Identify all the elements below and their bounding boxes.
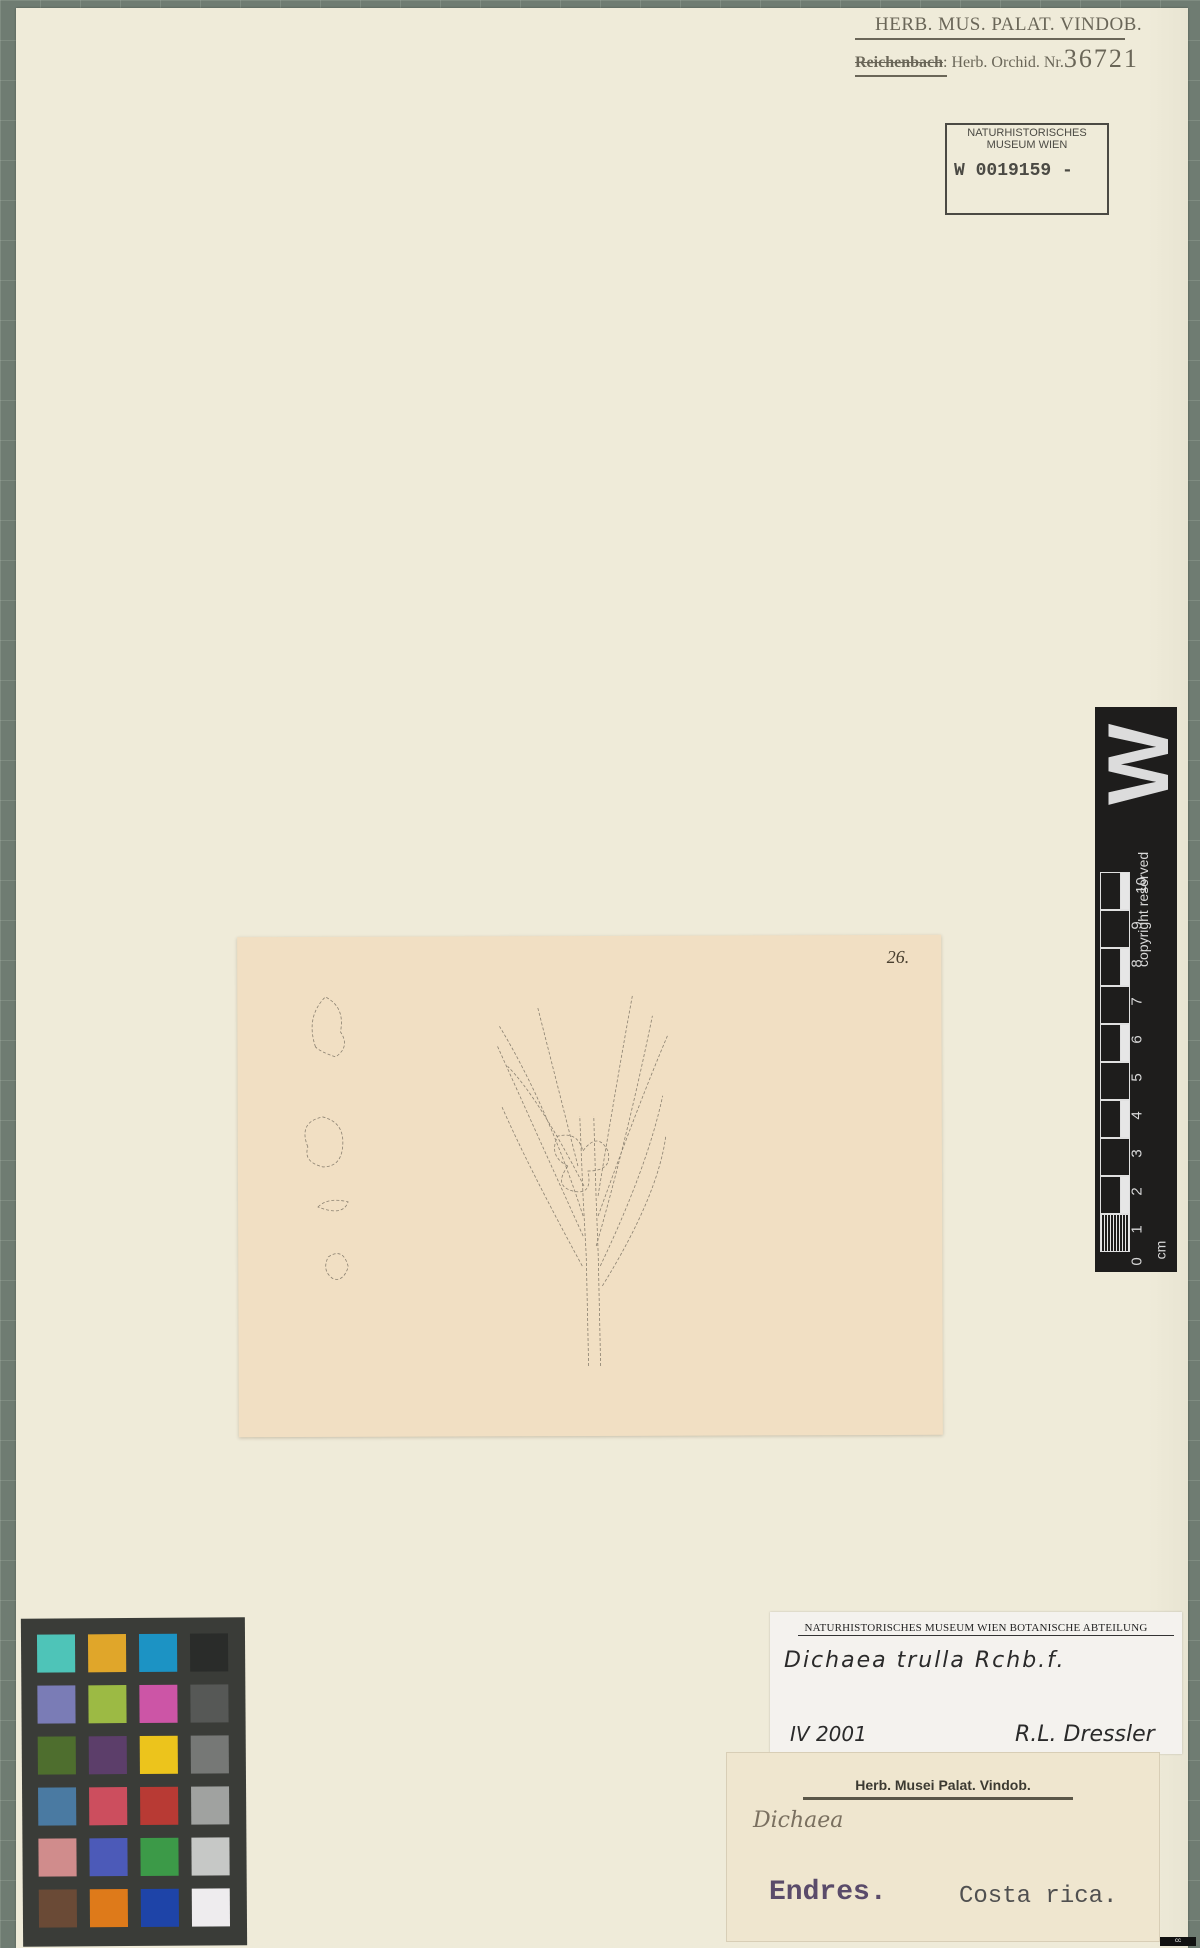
color-patch	[38, 1838, 76, 1876]
locality: Costa rica.	[959, 1883, 1117, 1910]
color-patch	[38, 1787, 76, 1825]
scale-number: 5	[1129, 1073, 1146, 1081]
scale-number: 4	[1129, 1111, 1146, 1119]
scale-number: 0	[1129, 1257, 1146, 1265]
color-patch	[191, 1786, 229, 1824]
scale-ticks	[1100, 872, 1130, 1267]
determiner-name: R.L. Dressler	[1015, 1722, 1155, 1747]
license-badge-icon: cc	[1160, 1937, 1196, 1946]
scale-number: 1	[1129, 1225, 1146, 1233]
color-patch	[88, 1634, 126, 1672]
det-label-rule	[798, 1635, 1174, 1636]
color-patch	[38, 1736, 76, 1774]
orchid-pencil-drawing: 26.	[237, 935, 943, 1437]
scale-number: 6	[1129, 1035, 1146, 1043]
orig-label-header: Herb. Musei Palat. Vindob.	[727, 1777, 1159, 1793]
det-label-header: NATURHISTORISCHES MUSEUM WIEN BOTANISCHE…	[770, 1622, 1182, 1634]
scale-number: 2	[1129, 1187, 1146, 1195]
color-patch	[37, 1634, 75, 1672]
determination-date: IV 2001	[790, 1722, 867, 1746]
header-line2: Reichenbach: Herb. Orchid. Nr.36721	[855, 44, 1175, 74]
scale-bar: W 10 9 8 7 6 5 4 3 2 1 0 copyright reser…	[1095, 707, 1177, 1272]
header-rule-2	[855, 75, 947, 77]
museum-id-stamp: NATURHISTORISCHES MUSEUM WIEN W 0019159 …	[945, 123, 1109, 215]
color-patch	[89, 1736, 127, 1774]
scale-number: 7	[1129, 997, 1146, 1005]
header-line1: HERB. MUS. PALAT. VINDOB.	[855, 14, 1175, 36]
color-patch	[140, 1838, 178, 1876]
copyright-notice: copyright reserved	[1135, 837, 1151, 967]
color-patch	[140, 1736, 178, 1774]
herbarium-number: 36721	[1064, 44, 1139, 73]
collector-name: Endres.	[769, 1877, 887, 1908]
color-patch	[139, 1685, 177, 1723]
herbarium-header-stamp: HERB. MUS. PALAT. VINDOB. Reichenbach: H…	[855, 14, 1175, 77]
original-collection-label: Herb. Musei Palat. Vindob. Dichaea Endre…	[726, 1752, 1160, 1942]
determination-label: NATURHISTORISCHES MUSEUM WIEN BOTANISCHE…	[770, 1612, 1182, 1754]
color-patch	[190, 1684, 228, 1722]
color-patch	[89, 1838, 127, 1876]
orchid-sketch-icon	[237, 935, 943, 1437]
color-patch	[141, 1889, 179, 1927]
color-patch	[89, 1787, 127, 1825]
color-patch	[139, 1634, 177, 1672]
genus-name: Dichaea	[753, 1808, 843, 1833]
color-patch	[88, 1685, 126, 1723]
specimen-id: W 0019159 -	[954, 161, 1107, 181]
taxon-name: Dichaea trulla Rchb.f.	[784, 1648, 1066, 1673]
scale-unit: cm	[1152, 1241, 1168, 1260]
herb-orchid-label: : Herb. Orchid. Nr.	[943, 54, 1064, 71]
institution-line1: NATURHISTORISCHES	[947, 127, 1107, 139]
color-calibration-chart	[21, 1617, 247, 1947]
institution-line2: MUSEUM WIEN	[947, 139, 1107, 151]
museum-logo-icon: W	[1099, 733, 1179, 805]
color-patch	[191, 1735, 229, 1773]
header-rule	[855, 38, 1125, 40]
color-patch	[90, 1889, 128, 1927]
color-patch	[191, 1837, 229, 1875]
orig-label-rule	[803, 1797, 1073, 1800]
color-patch	[190, 1633, 228, 1671]
color-patch	[37, 1685, 75, 1723]
scale-number: 3	[1129, 1149, 1146, 1157]
color-patch	[140, 1787, 178, 1825]
color-patch	[192, 1888, 230, 1926]
color-patch	[39, 1889, 77, 1927]
collection-name: Reichenbach	[855, 54, 943, 71]
